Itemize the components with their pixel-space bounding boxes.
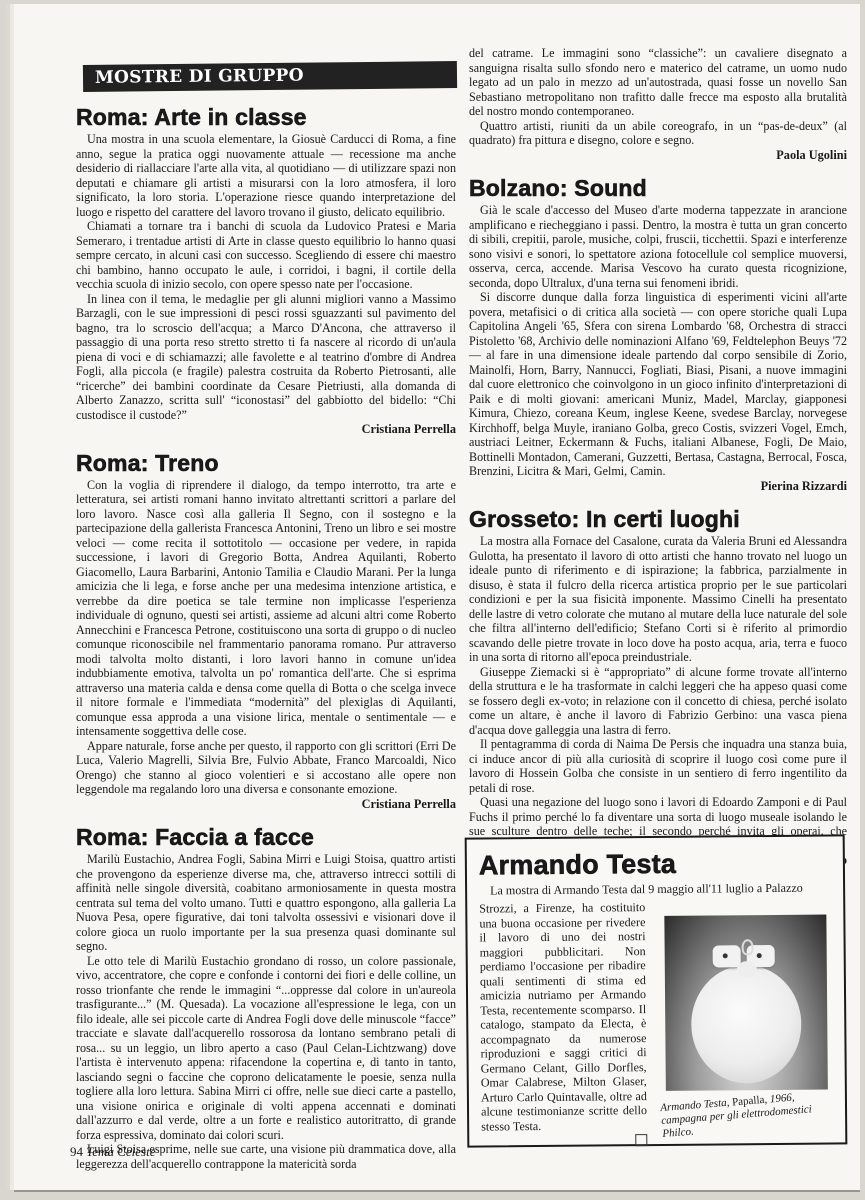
paragraph: del catrame. Le immagini sono “classiche… xyxy=(469,46,847,119)
article-treno: Roma: Treno Con la voglia di riprendere … xyxy=(76,450,456,812)
article-title: Roma: Treno xyxy=(76,450,456,476)
eye-icon xyxy=(713,945,741,967)
photo-caption: Armando Testa, Papalla, 1966, campagna p… xyxy=(660,1088,838,1141)
article-faccia-a-facce-continued: del catrame. Le immagini sono “classiche… xyxy=(469,46,847,162)
paragraph: Appare naturale, forse anche per questo,… xyxy=(76,739,456,797)
box-body: Strozzi, a Firenze, ha costituito una bu… xyxy=(479,900,647,1147)
papalla-photo xyxy=(664,915,828,1091)
article-arte-in-classe: Roma: Arte in classe Una mostra in una s… xyxy=(76,104,456,437)
page-number: 94 xyxy=(70,1144,83,1159)
lead-paragraph: La mostra di Armando Testa dal 9 maggio … xyxy=(479,880,833,898)
paragraph: Le otto tele di Marilù Eustachio grondan… xyxy=(76,954,456,1143)
end-mark-icon xyxy=(635,1134,647,1146)
paragraph: Quattro artisti, riuniti da un abile cor… xyxy=(469,119,847,148)
magazine-page: MOSTRE DI GRUPPO Roma: Arte in classe Un… xyxy=(14,4,860,1190)
paragraph: Si discorre dunque dalla forza linguisti… xyxy=(469,290,847,479)
paragraph: Già le scale d'accesso del Museo d'arte … xyxy=(469,203,847,290)
paragraph: Strozzi, a Firenze, ha costituito una bu… xyxy=(479,900,647,1133)
paragraph: Giuseppe Ziemacki si è “appropriato” di … xyxy=(469,665,847,738)
article-title: Bolzano: Sound xyxy=(469,175,847,201)
article-title: Armando Testa xyxy=(479,846,843,881)
article-title: Roma: Arte in classe xyxy=(76,104,456,130)
sphere-shape xyxy=(691,965,802,1084)
paragraph: Chiamati a tornare tra i banchi di scuol… xyxy=(76,219,456,292)
article-title: Grosseto: In certi luoghi xyxy=(469,506,847,532)
left-column: Roma: Arte in classe Una mostra in una s… xyxy=(76,104,456,1171)
keyhole-icon xyxy=(742,939,754,955)
author-signature: Cristiana Perrella xyxy=(76,797,456,812)
paragraph: Una mostra in una scuola elementare, la … xyxy=(76,132,456,219)
paragraph: In linea con il tema, le medaglie per gl… xyxy=(76,292,456,423)
armando-testa-box: Armando Testa La mostra di Armando Testa… xyxy=(465,834,848,1147)
paragraph: Con la voglia di riprendere il dialogo, … xyxy=(76,478,456,739)
author-signature: Paola Ugolini xyxy=(469,148,847,163)
paragraph: Il pentagramma di corda di Naima De Pers… xyxy=(469,737,847,795)
author-signature: Cristiana Perrella xyxy=(76,422,456,437)
paragraph: La mostra alla Fornace del Casalone, cur… xyxy=(469,534,847,665)
article-grosseto: Grosseto: In certi luoghi La mostra alla… xyxy=(469,506,847,868)
article-faccia-a-facce: Roma: Faccia a facce Marilù Eustachio, A… xyxy=(76,824,456,1171)
page-footer: 94 Tema Celeste xyxy=(70,1144,155,1160)
nose-shape xyxy=(737,961,757,977)
paragraph: Marilù Eustachio, Andrea Fogli, Sabina M… xyxy=(76,852,456,954)
magazine-name: Tema Celeste xyxy=(86,1144,155,1159)
right-column: del catrame. Le immagini sono “classiche… xyxy=(469,46,847,868)
author-signature: Pierina Rizzardi xyxy=(469,479,847,494)
article-title: Roma: Faccia a facce xyxy=(76,824,456,850)
section-banner: MOSTRE DI GRUPPO xyxy=(83,61,457,92)
article-bolzano-sound: Bolzano: Sound Già le scale d'accesso de… xyxy=(469,175,847,493)
